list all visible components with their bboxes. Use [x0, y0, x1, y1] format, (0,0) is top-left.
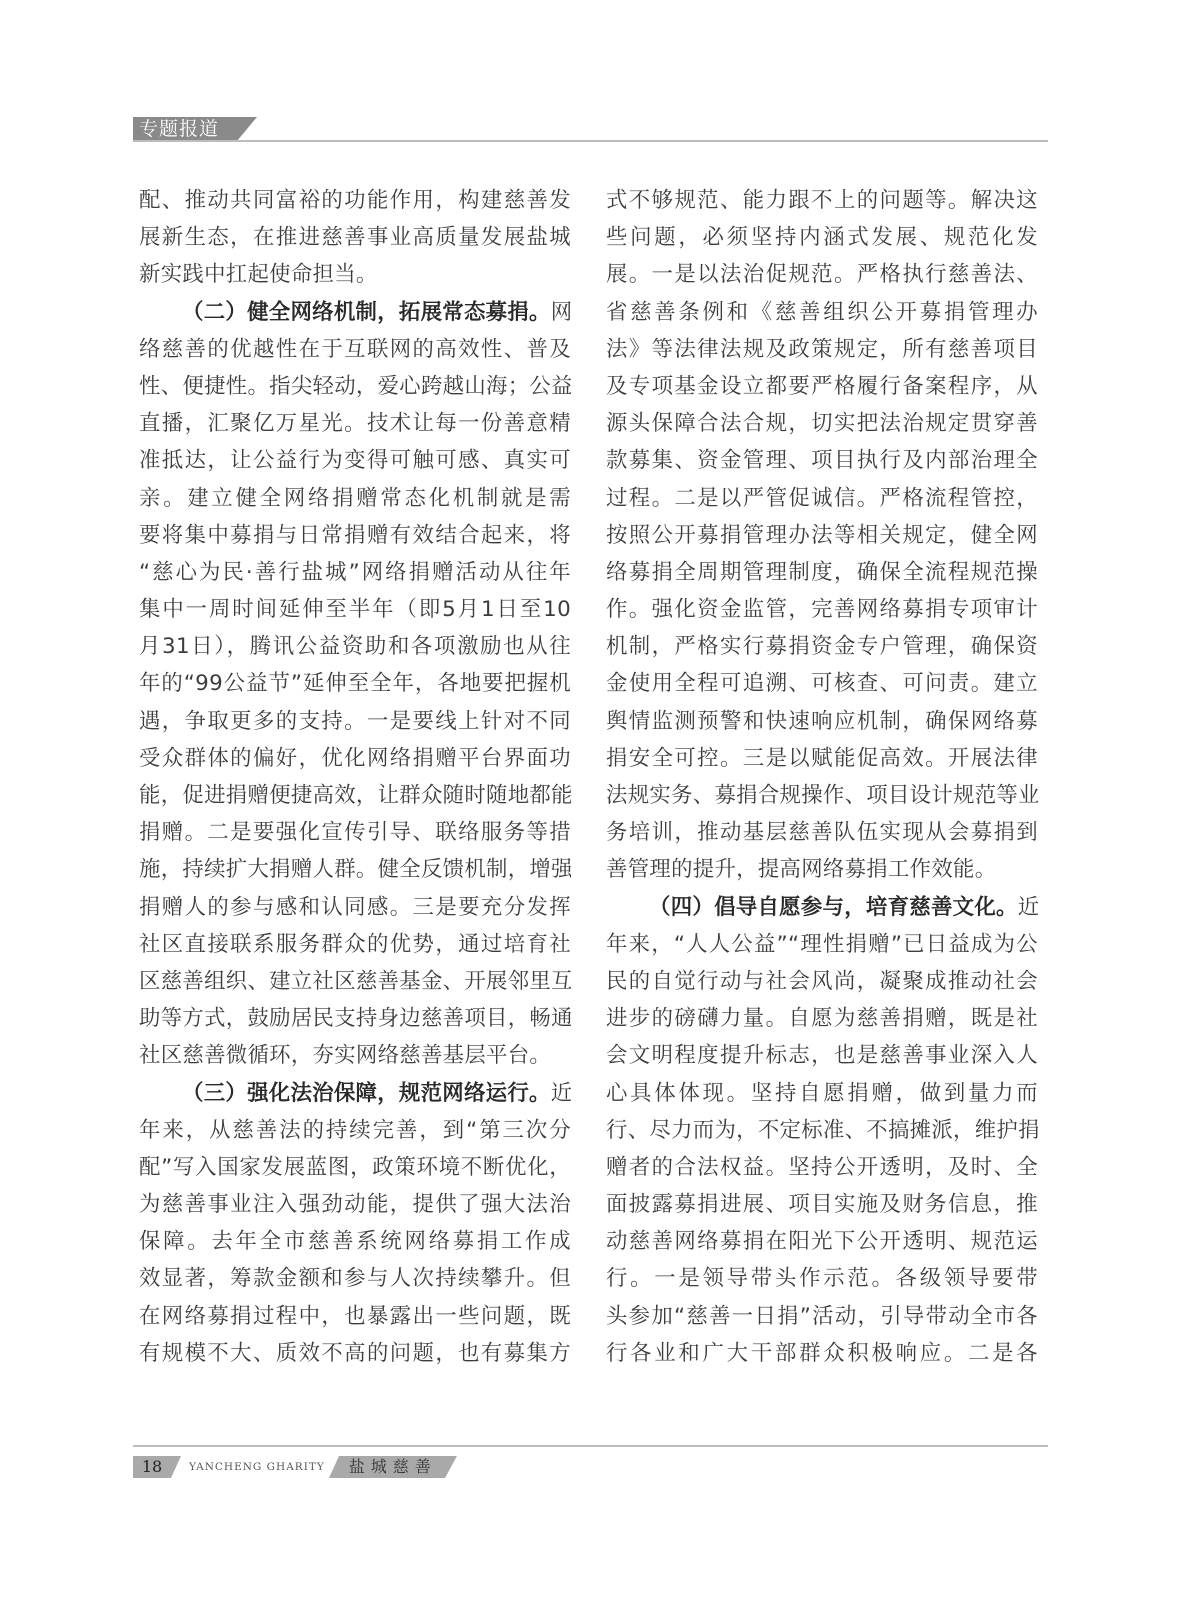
text-line: 准抵达，让公益行为变得可触可感、真实可	[139, 442, 571, 479]
text-line: 效显著，筹款金额和参与人次持续攀升。但	[139, 1260, 571, 1297]
line-text: 直播，汇聚亿万星光。技术让每一份善意精	[139, 411, 571, 436]
line-text: 要将集中募捐与日常捐赠有效结合起来，将	[139, 523, 571, 548]
line-text: 务培训，推动基层慈善队伍实现从会募捐到	[606, 820, 1038, 845]
line-text: 进步的磅礴力量。自愿为慈善捐赠，既是社	[606, 1006, 1038, 1031]
text-line: （三）强化法治保障，规范网络运行。近	[139, 1075, 571, 1112]
line-text: 性、便捷性。指尖轻动，爱心跨越山海；公益	[139, 374, 571, 399]
text-line: 配”写入国家发展蓝图，政策环境不断优化，	[139, 1149, 571, 1186]
line-text: 法》等法律法规及政策规定，所有慈善项目	[606, 337, 1038, 362]
line-text: 行。一是领导带头作示范。各级领导要带	[606, 1266, 1038, 1291]
text-line: 年来，从慈善法的持续完善，到“第三次分	[139, 1112, 571, 1149]
text-line: 金使用全程可追溯、可核查、可问责。建立	[606, 665, 1038, 702]
text-line: 有规模不大、质效不高的问题，也有募集方	[139, 1335, 571, 1372]
line-text: 作。强化资金监管，完善网络募捐专项审计	[606, 597, 1038, 622]
line-text: 行各业和广大干部群众积极响应。二是各	[606, 1341, 1038, 1366]
line-text: 会文明程度提升标志，也是慈善事业深入人	[606, 1043, 1038, 1068]
line-text: 配”写入国家发展蓝图，政策环境不断优化，	[139, 1155, 571, 1180]
text-line: 月31日），腾讯公益资助和各项激励也从往	[139, 628, 571, 665]
line-text: 金使用全程可追溯、可核查、可问责。建立	[606, 671, 1038, 696]
text-line: 为慈善事业注入强劲动能，提供了强大法治	[139, 1186, 571, 1223]
text-line: 些问题，必须坚持内涵式发展、规范化发	[606, 219, 1038, 256]
text-line: 络慈善的优越性在于互联网的高效性、普及	[139, 331, 571, 368]
text-line: 配、推动共同富裕的功能作用，构建慈善发	[139, 182, 571, 219]
line-text: 为慈善事业注入强劲动能，提供了强大法治	[139, 1192, 571, 1217]
line-text: 赠者的合法权益。坚持公开透明，及时、全	[606, 1155, 1038, 1180]
right-column: 式不够规范、能力跟不上的问题等。解决这些问题，必须坚持内涵式发展、规范化发展。一…	[606, 182, 1038, 1372]
text-line: 年的“99公益节”延伸至全年，各地要把握机	[139, 665, 571, 702]
line-text: 善管理的提升，提高网络募捐工作效能。	[606, 857, 996, 882]
line-text: 捐赠。二是要强化宣传引导、联络服务等措	[139, 820, 571, 845]
text-line: 心具体体现。坚持自愿捐赠，做到量力而	[606, 1075, 1038, 1112]
text-line: 赠者的合法权益。坚持公开透明，及时、全	[606, 1149, 1038, 1186]
text-line: 社区直接联系服务群众的优势，通过培育社	[139, 926, 571, 963]
text-line: （二）健全网络机制，拓展常态募捐。网	[139, 294, 571, 331]
text-line: 捐赠人的参与感和认同感。三是要充分发挥	[139, 889, 571, 926]
text-line: 保障。去年全市慈善系统网络募捐工作成	[139, 1223, 571, 1260]
footer-bar: 18 YANCHENG GHARITY 盐城慈善	[133, 1456, 457, 1478]
line-text: 助等方式，鼓励居民支持身边慈善项目，畅通	[139, 1006, 571, 1031]
line-text: “慈心为民·善行盐城”网络捐赠活动从往年	[139, 560, 571, 585]
text-line: 舆情监测预警和快速响应机制，确保网络募	[606, 703, 1038, 740]
line-text: 有规模不大、质效不高的问题，也有募集方	[139, 1341, 571, 1366]
line-text: 年的“99公益节”延伸至全年，各地要把握机	[139, 671, 571, 696]
line-text: 法规实务、募捐合规操作、项目设计规范等业	[606, 783, 1038, 808]
text-line: 源头保障合法合规，切实把法治规定贯穿善	[606, 405, 1038, 442]
line-text: 式不够规范、能力跟不上的问题等。解决这	[606, 188, 1038, 213]
text-line: 络募捐全周期管理制度，确保全流程规范操	[606, 554, 1038, 591]
text-line: 面披露募捐进展、项目实施及财务信息，推	[606, 1186, 1038, 1223]
line-text: 按照公开募捐管理办法等相关规定，健全网	[606, 523, 1038, 548]
text-line: 捐安全可控。三是以赋能促高效。开展法律	[606, 740, 1038, 777]
magazine-name-en: YANCHENG GHARITY	[189, 1461, 325, 1473]
line-text: 民的自觉行动与社会风尚，凝聚成推动社会	[606, 969, 1038, 994]
line-text: 捐赠人的参与感和认同感。三是要充分发挥	[139, 895, 571, 920]
page-number-tail	[171, 1456, 181, 1478]
text-line: 动慈善网络募捐在阳光下公开透明、规范运	[606, 1223, 1038, 1260]
line-text: 及专项基金设立都要严格履行备案程序，从	[606, 374, 1038, 399]
line-text: 年来，“人人公益”“理性捐赠”已日益成为公	[606, 932, 1038, 957]
line-text: 款募集、资金管理、项目执行及内部治理全	[606, 448, 1038, 473]
line-text: 社区慈善微循环，夯实网络慈善基层平台。	[139, 1043, 551, 1068]
text-line: 法规实务、募捐合规操作、项目设计规范等业	[606, 777, 1038, 814]
section-heading: （三）强化法治保障，规范网络运行。	[182, 1081, 551, 1106]
text-line: 行、尽力而为，不定标准、不搞摊派，维护捐	[606, 1112, 1038, 1149]
line-text: 亲。建立健全网络捐赠常态化机制就是需	[139, 486, 571, 511]
line-text: 源头保障合法合规，切实把法治规定贯穿善	[606, 411, 1038, 436]
text-line: 直播，汇聚亿万星光。技术让每一份善意精	[139, 405, 571, 442]
text-line: 年来，“人人公益”“理性捐赠”已日益成为公	[606, 926, 1038, 963]
line-text: 网	[551, 300, 571, 325]
magazine-tag-tail	[445, 1456, 457, 1478]
text-line: 民的自觉行动与社会风尚，凝聚成推动社会	[606, 963, 1038, 1000]
text-line: 捐赠。二是要强化宣传引导、联络服务等措	[139, 814, 571, 851]
section-heading: （二）健全网络机制，拓展常态募捐。	[182, 300, 551, 325]
text-line: 善管理的提升，提高网络募捐工作效能。	[606, 851, 1038, 888]
text-line: 集中一周时间延伸至半年（即5月1日至10	[139, 591, 571, 628]
line-text: 遇，争取更多的支持。一是要线上针对不同	[139, 709, 571, 734]
text-line: 遇，争取更多的支持。一是要线上针对不同	[139, 703, 571, 740]
line-text: 机制，严格实行募捐资金专户管理，确保资	[606, 634, 1038, 659]
line-text: 过程。二是以严管促诚信。严格流程管控，	[606, 486, 1038, 511]
line-text: 头参加“慈善一日捐”活动，引导带动全市各	[606, 1304, 1038, 1329]
section-tag: 专题报道	[133, 117, 237, 141]
line-text: 近	[551, 1081, 571, 1106]
magazine-tag-head	[329, 1456, 339, 1478]
line-text: 新实践中扛起使命担当。	[139, 262, 378, 287]
text-line: 及专项基金设立都要严格履行备案程序，从	[606, 368, 1038, 405]
text-line: 头参加“慈善一日捐”活动，引导带动全市各	[606, 1298, 1038, 1335]
line-text: 舆情监测预警和快速响应机制，确保网络募	[606, 709, 1038, 734]
line-text: 近	[1018, 895, 1038, 920]
line-text: 配、推动共同富裕的功能作用，构建慈善发	[139, 188, 571, 213]
text-line: 会文明程度提升标志，也是慈善事业深入人	[606, 1037, 1038, 1074]
text-line: 要将集中募捐与日常捐赠有效结合起来，将	[139, 517, 571, 554]
line-text: 捐安全可控。三是以赋能促高效。开展法律	[606, 746, 1038, 771]
line-text: 在网络募捐过程中，也暴露出一些问题，既	[139, 1304, 571, 1329]
line-text: 面披露募捐进展、项目实施及财务信息，推	[606, 1192, 1038, 1217]
text-line: 区慈善组织、建立社区慈善基金、开展邻里互	[139, 963, 571, 1000]
text-line: 按照公开募捐管理办法等相关规定，健全网	[606, 517, 1038, 554]
text-line: 行各业和广大干部群众积极响应。二是各	[606, 1335, 1038, 1372]
text-line: 能，促进捐赠便捷高效，让群众随时随地都能	[139, 777, 571, 814]
line-text: 受众群体的偏好，优化网络捐赠平台界面功	[139, 746, 571, 771]
magazine-name-cn: 盐城慈善	[339, 1456, 445, 1478]
text-line: 式不够规范、能力跟不上的问题等。解决这	[606, 182, 1038, 219]
text-line: 作。强化资金监管，完善网络募捐专项审计	[606, 591, 1038, 628]
line-text: 展新生态，在推进慈善事业高质量发展盐城	[139, 225, 571, 250]
text-line: （四）倡导自愿参与，培育慈善文化。近	[606, 889, 1038, 926]
line-text: 络募捐全周期管理制度，确保全流程规范操	[606, 560, 1038, 585]
line-text: 省慈善条例和《慈善组织公开募捐管理办	[606, 300, 1038, 325]
text-line: 行。一是领导带头作示范。各级领导要带	[606, 1260, 1038, 1297]
page-number: 18	[133, 1456, 171, 1478]
text-line: “慈心为民·善行盐城”网络捐赠活动从往年	[139, 554, 571, 591]
text-line: 助等方式，鼓励居民支持身边慈善项目，畅通	[139, 1000, 571, 1037]
left-column: 配、推动共同富裕的功能作用，构建慈善发展新生态，在推进慈善事业高质量发展盐城新实…	[139, 182, 571, 1372]
line-text: 效显著，筹款金额和参与人次持续攀升。但	[139, 1266, 571, 1291]
text-line: 性、便捷性。指尖轻动，爱心跨越山海；公益	[139, 368, 571, 405]
line-text: 展。一是以法治促规范。严格执行慈善法、	[606, 262, 1038, 287]
text-line: 展新生态，在推进慈善事业高质量发展盐城	[139, 219, 571, 256]
section-heading: （四）倡导自愿参与，培育慈善文化。	[649, 895, 1018, 920]
text-line: 亲。建立健全网络捐赠常态化机制就是需	[139, 480, 571, 517]
text-line: 过程。二是以严管促诚信。严格流程管控，	[606, 480, 1038, 517]
line-text: 区慈善组织、建立社区慈善基金、开展邻里互	[139, 969, 571, 994]
footer-divider	[133, 1445, 1048, 1447]
line-text: 月31日），腾讯公益资助和各项激励也从往	[139, 634, 571, 659]
text-line: 在网络募捐过程中，也暴露出一些问题，既	[139, 1298, 571, 1335]
line-text: 络慈善的优越性在于互联网的高效性、普及	[139, 337, 571, 362]
section-tag-tail	[237, 117, 257, 141]
text-line: 款募集、资金管理、项目执行及内部治理全	[606, 442, 1038, 479]
text-line: 展。一是以法治促规范。严格执行慈善法、	[606, 256, 1038, 293]
text-line: 机制，严格实行募捐资金专户管理，确保资	[606, 628, 1038, 665]
text-line: 省慈善条例和《慈善组织公开募捐管理办	[606, 294, 1038, 331]
text-line: 进步的磅礴力量。自愿为慈善捐赠，既是社	[606, 1000, 1038, 1037]
line-text: 保障。去年全市慈善系统网络募捐工作成	[139, 1229, 571, 1254]
line-text: 些问题，必须坚持内涵式发展、规范化发	[606, 225, 1038, 250]
header-divider	[133, 140, 1048, 142]
text-line: 务培训，推动基层慈善队伍实现从会募捐到	[606, 814, 1038, 851]
line-text: 年来，从慈善法的持续完善，到“第三次分	[139, 1118, 571, 1143]
line-text: 集中一周时间延伸至半年（即5月1日至10	[139, 597, 571, 622]
text-line: 社区慈善微循环，夯实网络慈善基层平台。	[139, 1037, 571, 1074]
text-line: 法》等法律法规及政策规定，所有慈善项目	[606, 331, 1038, 368]
line-text: 能，促进捐赠便捷高效，让群众随时随地都能	[139, 783, 571, 808]
text-line: 受众群体的偏好，优化网络捐赠平台界面功	[139, 740, 571, 777]
line-text: 施，持续扩大捐赠人群。健全反馈机制，增强	[139, 857, 571, 882]
line-text: 行、尽力而为，不定标准、不搞摊派，维护捐	[606, 1118, 1038, 1143]
text-line: 新实践中扛起使命担当。	[139, 256, 571, 293]
line-text: 心具体体现。坚持自愿捐赠，做到量力而	[606, 1081, 1038, 1106]
line-text: 动慈善网络募捐在阳光下公开透明、规范运	[606, 1229, 1038, 1254]
line-text: 社区直接联系服务群众的优势，通过培育社	[139, 932, 571, 957]
text-line: 施，持续扩大捐赠人群。健全反馈机制，增强	[139, 851, 571, 888]
line-text: 准抵达，让公益行为变得可触可感、真实可	[139, 448, 571, 473]
